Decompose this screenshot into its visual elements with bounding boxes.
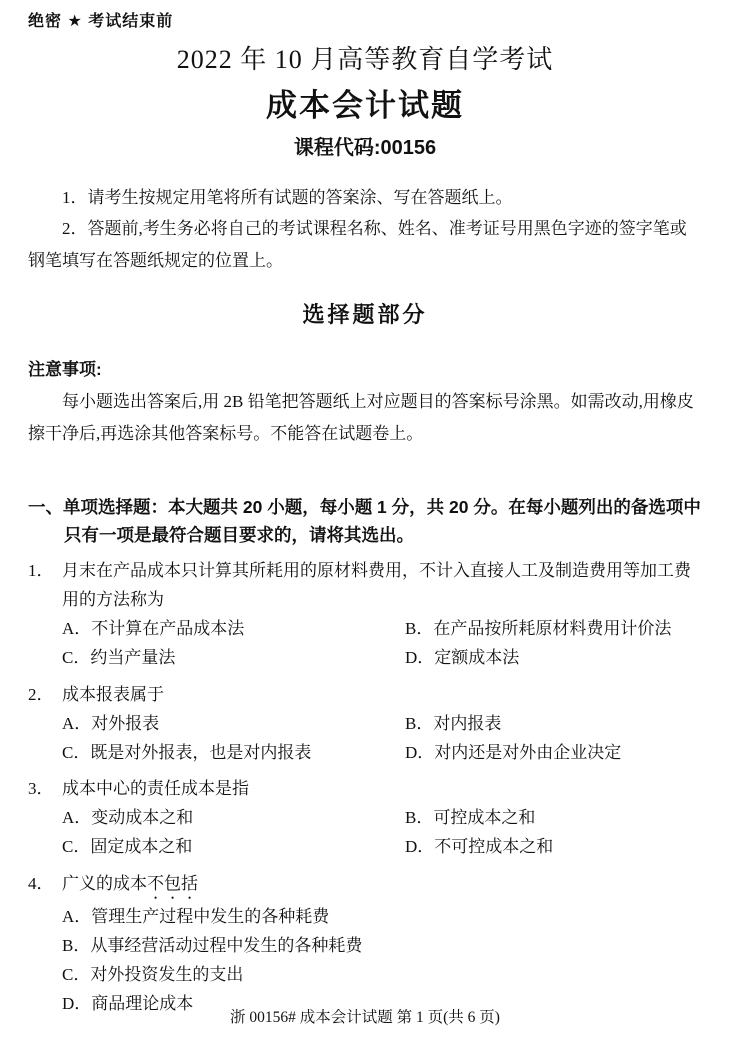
option-text: 变动成本之和: [91, 808, 193, 827]
question-2-number: 2．: [28, 681, 62, 710]
question-1-stem: 1． 月末在产品成本只计算其所耗用的原材料费用，不计入直接人工及制造费用等加工费…: [28, 557, 702, 615]
option-text: 在产品按所耗原材料费用计价法: [433, 619, 671, 638]
option-label: C．: [62, 648, 90, 667]
question-1-options: A．不计算在产品成本法 B．在产品按所耗原材料费用计价法 C．约当产量法 D．定…: [28, 615, 702, 673]
option-text: 固定成本之和: [90, 837, 192, 856]
question-4-text-emphasized: 不包括: [147, 874, 198, 893]
instruction-item-2: 2．答题前,考生务必将自己的考试课程名称、姓名、准考证号用黑色字迹的签字笔或钢笔…: [28, 213, 702, 276]
option-text: 对内报表: [433, 714, 501, 733]
question-4-number: 4．: [28, 870, 62, 903]
question-4: 4． 广义的成本不包括 A．管理生产过程中发生的各种耗费 B．从事经营活动过程中…: [28, 870, 702, 1019]
option-label: C．: [62, 965, 90, 984]
option-label: B．: [405, 714, 433, 733]
question-1-option-d: D．定额成本法: [405, 644, 702, 673]
part-one-heading: 一、单项选择题：本大题共 20 小题，每小题 1 分，共 20 分。在每小题列出…: [28, 493, 702, 549]
general-instructions: 1．请考生按规定用笔将所有试题的答案涂、写在答题纸上。 2．答题前,考生务必将自…: [28, 182, 702, 276]
classification-label: 绝密 ★ 考试结束前: [28, 8, 702, 31]
section-title: 选择题部分: [28, 298, 702, 329]
option-label: C．: [62, 837, 90, 856]
option-label: A．: [62, 808, 91, 827]
question-2: 2． 成本报表属于 A．对外报表 B．对内报表 C．既是对外报表，也是对内报表 …: [28, 681, 702, 768]
question-3-option-b: B．可控成本之和: [405, 804, 702, 833]
page-footer: 浙 00156# 成本会计试题 第 1 页(共 6 页): [0, 1005, 730, 1027]
question-2-text: 成本报表属于: [62, 681, 702, 710]
exam-paper-page: 绝密 ★ 考试结束前 2022 年 10 月高等教育自学考试 成本会计试题 课程…: [0, 0, 730, 1019]
option-text: 不计算在产品成本法: [91, 619, 244, 638]
option-text: 对外投资发生的支出: [90, 965, 243, 984]
question-2-option-a: A．对外报表: [62, 710, 405, 739]
question-4-text-prefix: 广义的成本: [62, 874, 147, 893]
question-4-stem: 4． 广义的成本不包括: [28, 870, 702, 903]
exam-session-title: 2022 年 10 月高等教育自学考试: [28, 39, 702, 76]
question-4-text: 广义的成本不包括: [62, 870, 702, 903]
question-1-option-c: C．约当产量法: [62, 644, 405, 673]
option-text: 管理生产过程中发生的各种耗费: [91, 907, 329, 926]
question-2-options: A．对外报表 B．对内报表 C．既是对外报表，也是对内报表 D．对内还是对外由企…: [28, 710, 702, 768]
question-1-number: 1．: [28, 557, 62, 615]
question-3: 3． 成本中心的责任成本是指 A．变动成本之和 B．可控成本之和 C．固定成本之…: [28, 775, 702, 862]
option-text: 不可控成本之和: [434, 837, 553, 856]
course-code: 课程代码:00156: [28, 131, 702, 160]
question-4-options: A．管理生产过程中发生的各种耗费 B．从事经营活动过程中发生的各种耗费 C．对外…: [28, 903, 702, 1019]
option-label: C．: [62, 743, 90, 762]
option-label: D．: [405, 743, 434, 762]
question-2-option-b: B．对内报表: [405, 710, 702, 739]
option-label: D．: [405, 837, 434, 856]
option-text: 对内还是对外由企业决定: [434, 743, 621, 762]
option-label: D．: [405, 648, 434, 667]
option-text: 从事经营活动过程中发生的各种耗费: [90, 936, 362, 955]
option-label: A．: [62, 619, 91, 638]
notes-heading: 注意事项:: [28, 355, 702, 380]
option-label: B．: [405, 808, 433, 827]
question-4-option-c: C．对外投资发生的支出: [62, 961, 702, 990]
option-text: 约当产量法: [90, 648, 175, 667]
option-text: 定额成本法: [434, 648, 519, 667]
question-1-text: 月末在产品成本只计算其所耗用的原材料费用，不计入直接人工及制造费用等加工费用的方…: [62, 557, 702, 615]
question-4-option-a: A．管理生产过程中发生的各种耗费: [62, 903, 702, 932]
question-4-option-b: B．从事经营活动过程中发生的各种耗费: [62, 932, 702, 961]
question-2-option-c: C．既是对外报表，也是对内报表: [62, 739, 405, 768]
option-label: B．: [405, 619, 433, 638]
question-3-option-c: C．固定成本之和: [62, 833, 405, 862]
question-1: 1． 月末在产品成本只计算其所耗用的原材料费用，不计入直接人工及制造费用等加工费…: [28, 557, 702, 673]
question-2-option-d: D．对内还是对外由企业决定: [405, 739, 702, 768]
question-3-option-a: A．变动成本之和: [62, 804, 405, 833]
question-3-number: 3．: [28, 775, 62, 804]
option-label: B．: [62, 936, 90, 955]
notes-body: 每小题选出答案后,用 2B 铅笔把答题纸上对应题目的答案标号涂黑。如需改动,用橡…: [28, 386, 702, 449]
option-label: A．: [62, 714, 91, 733]
question-3-stem: 3． 成本中心的责任成本是指: [28, 775, 702, 804]
paper-title: 成本会计试题: [28, 80, 702, 125]
option-text: 对外报表: [91, 714, 159, 733]
option-text: 既是对外报表，也是对内报表: [90, 743, 311, 762]
question-1-option-b: B．在产品按所耗原材料费用计价法: [405, 615, 702, 644]
question-3-option-d: D．不可控成本之和: [405, 833, 702, 862]
question-2-stem: 2． 成本报表属于: [28, 681, 702, 710]
instruction-item-1: 1．请考生按规定用笔将所有试题的答案涂、写在答题纸上。: [28, 182, 702, 213]
option-text: 可控成本之和: [433, 808, 535, 827]
question-3-options: A．变动成本之和 B．可控成本之和 C．固定成本之和 D．不可控成本之和: [28, 804, 702, 862]
option-label: A．: [62, 907, 91, 926]
question-3-text: 成本中心的责任成本是指: [62, 775, 702, 804]
question-1-option-a: A．不计算在产品成本法: [62, 615, 405, 644]
